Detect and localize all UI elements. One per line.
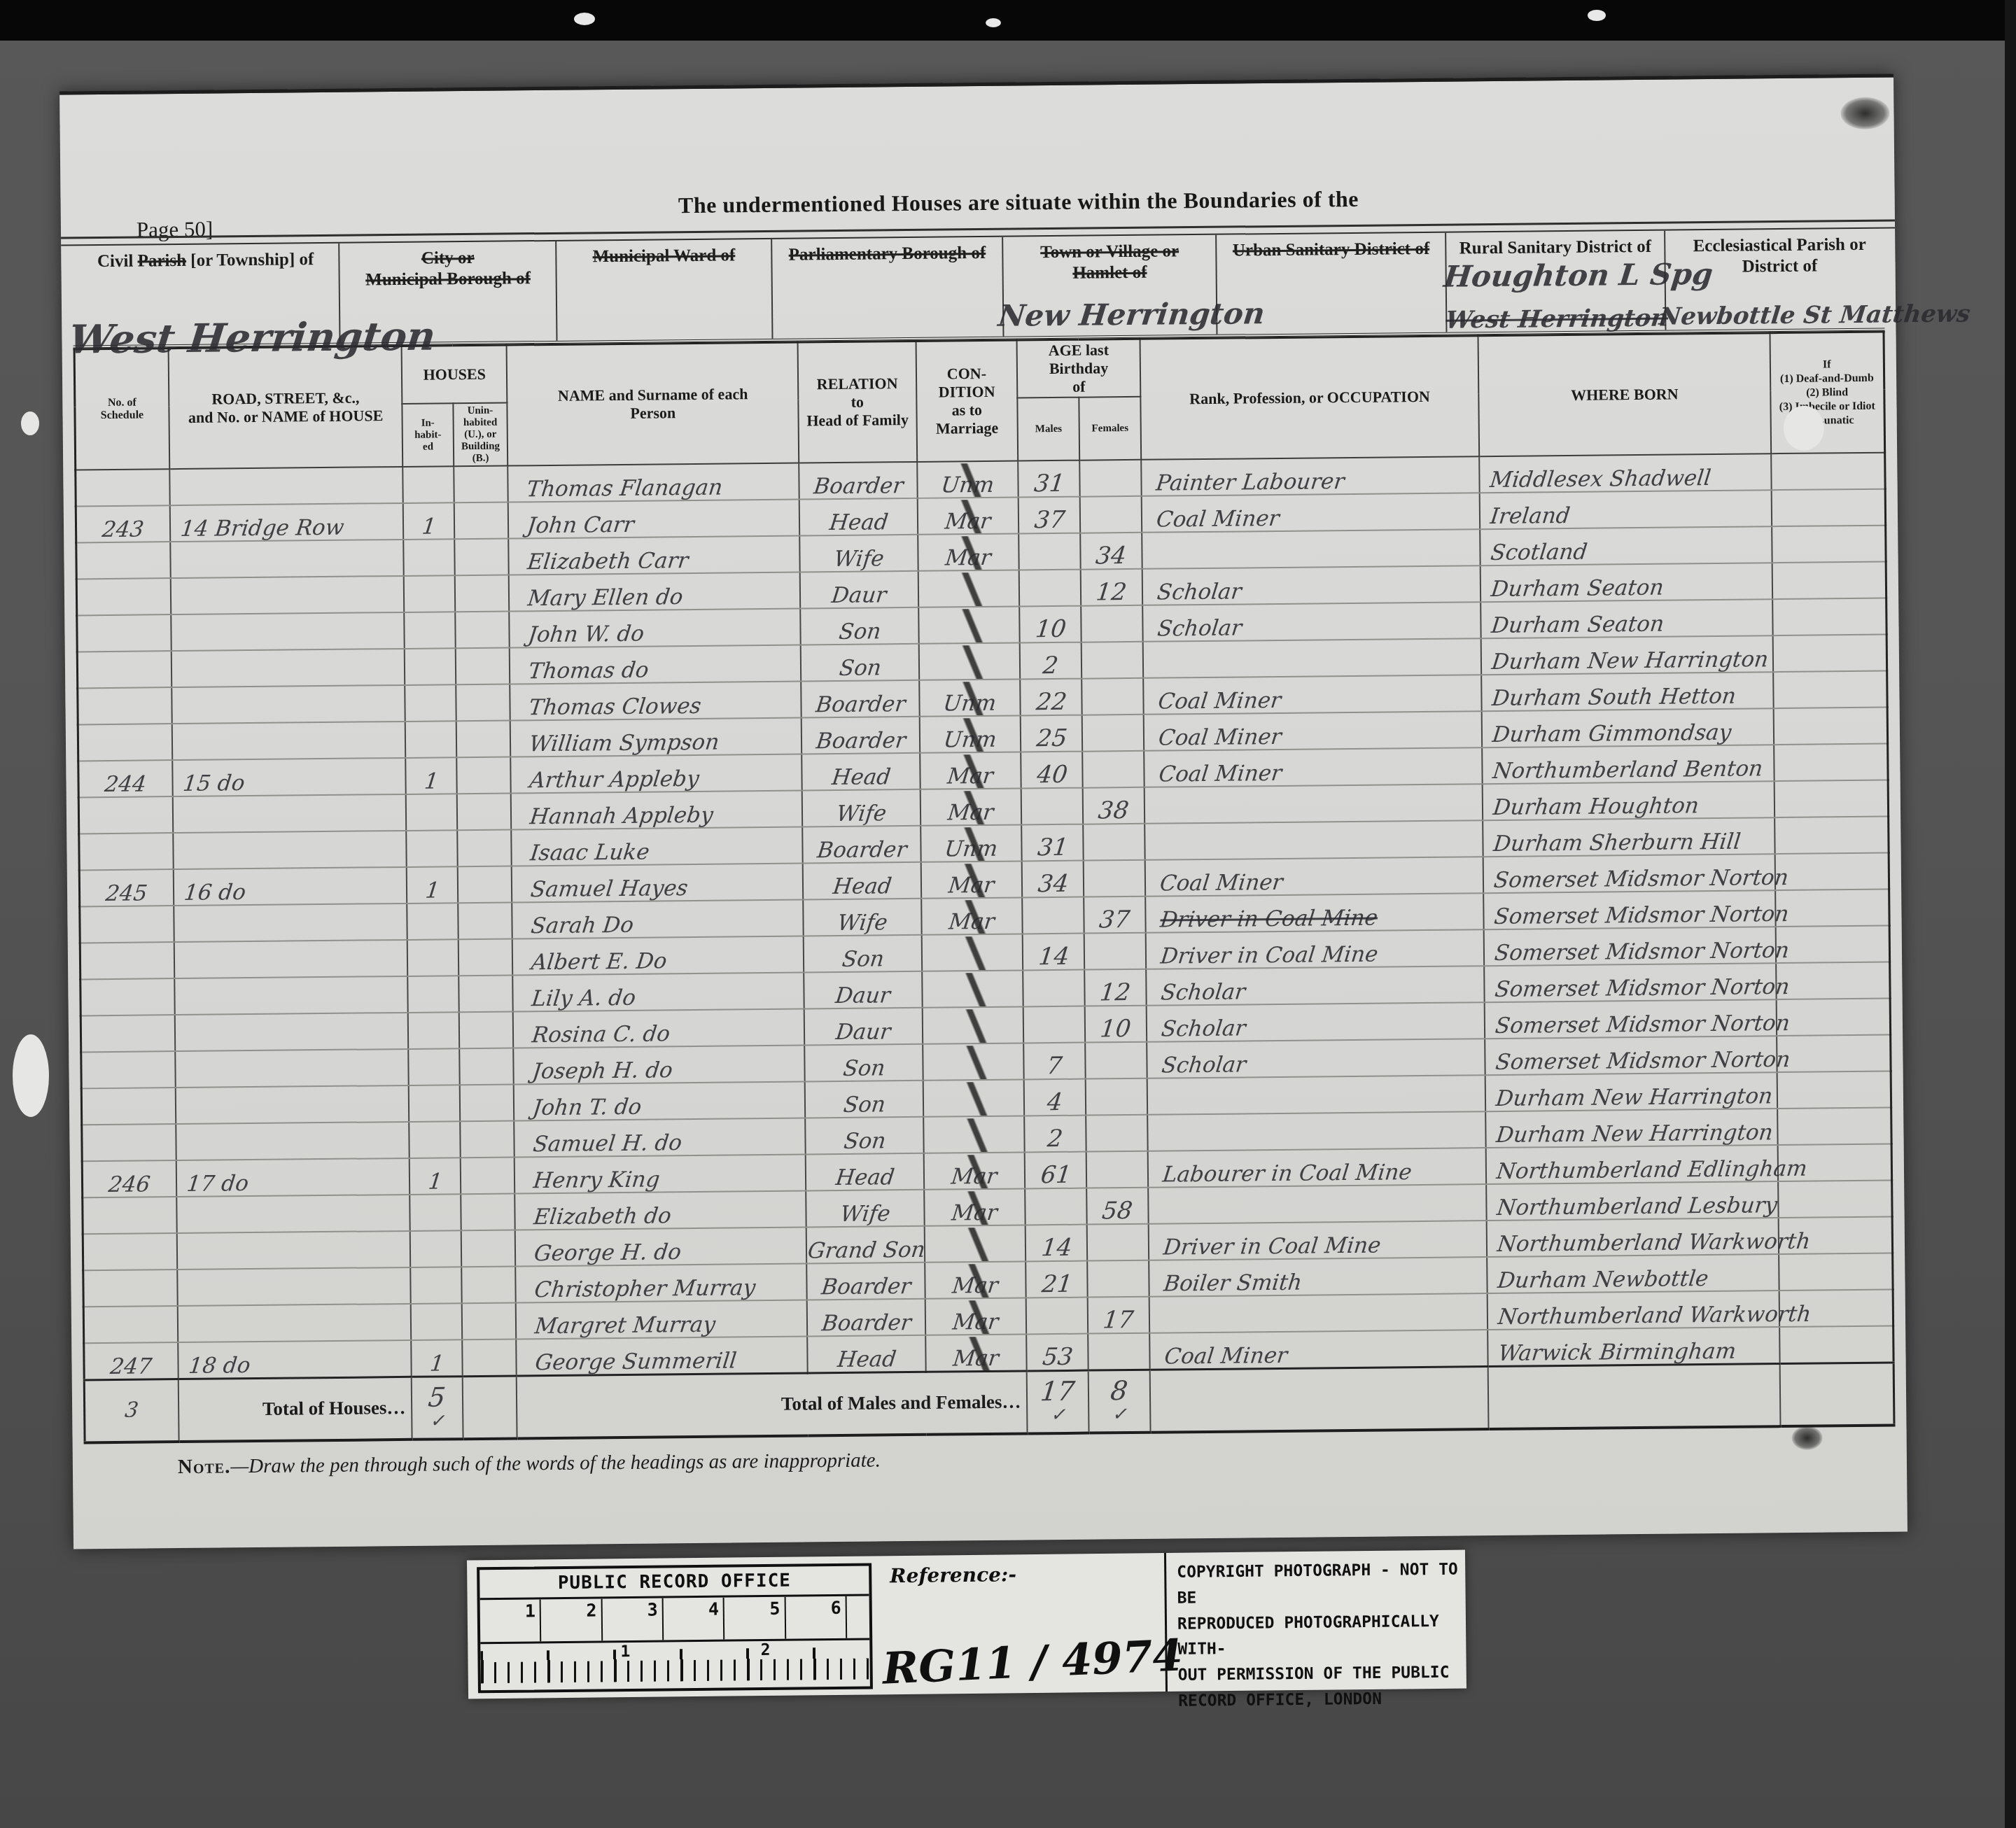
cell-road: 16 do	[174, 867, 407, 906]
cell-m: 14	[1023, 934, 1084, 971]
handwritten-entry: Coal Miner	[1157, 690, 1282, 713]
cell-born: Somerset Midsmor Norton	[1485, 1036, 1777, 1075]
cell-m: 22	[1020, 679, 1081, 716]
handwritten-entry: 17 do	[185, 1173, 249, 1195]
cell-occ	[1144, 820, 1483, 860]
footnote-text: —Draw the pen through such of the words …	[230, 1449, 881, 1477]
cell-f	[1079, 460, 1141, 497]
page-title: The undermentioned Houses are situate wi…	[678, 186, 1359, 218]
handwritten-entry: Driver in Coal Mine	[1159, 944, 1379, 968]
cell-m: 2	[1024, 1116, 1086, 1153]
handwritten-entry: Scotland	[1490, 542, 1588, 564]
handwritten-entry: 1	[424, 880, 440, 901]
cell-road	[169, 467, 403, 505]
cell-occ: Coal Miner	[1144, 711, 1483, 751]
boundary-label: Rural Sanitary District of	[1446, 237, 1664, 260]
cell-occ: Boiler Smith	[1149, 1257, 1487, 1297]
total-houses-value: 5✓	[412, 1376, 463, 1440]
cell-f	[1087, 1224, 1149, 1261]
film-speck	[574, 13, 595, 25]
handwritten-entry: Unm	[944, 838, 999, 861]
handwritten-entry: Coal Miner	[1157, 726, 1282, 750]
cell-inh	[407, 903, 458, 940]
handwritten-entry: Northumberland Edlingham	[1496, 1158, 1809, 1183]
cell-occ	[1148, 1184, 1487, 1224]
cell-cond	[924, 1225, 1025, 1262]
cell-infirm	[1778, 1181, 1892, 1218]
cell-cond	[922, 1006, 1023, 1043]
cell-f	[1088, 1333, 1149, 1370]
copyright-line: COPYRIGHT PHOTOGRAPH - NOT TO BE	[1177, 1557, 1460, 1612]
cell-relation: Boarder	[799, 462, 918, 500]
page-head: Page 50] The undermentioned Houses are s…	[59, 77, 1895, 246]
handwritten-entry: 243	[101, 519, 146, 541]
handwritten-entry: Grand Son	[807, 1239, 927, 1263]
cell-inh: 1	[412, 1340, 463, 1377]
footnote: Note.—Draw the pen through such of the w…	[178, 1439, 1907, 1479]
cell-infirm	[1776, 999, 1890, 1036]
cell-f	[1087, 1260, 1149, 1298]
cell-road	[176, 1195, 410, 1233]
handwritten-entry: 40	[1035, 763, 1068, 787]
pro-title: PUBLIC RECORD OFFICE	[479, 1566, 869, 1594]
handwritten-entry: Head	[834, 1167, 895, 1189]
handwritten-entry: 245	[105, 883, 149, 905]
cell-occ: Scholar	[1146, 966, 1485, 1006]
cell-cond	[923, 1116, 1025, 1153]
handwritten-entry: Scholar	[1156, 617, 1243, 640]
cell-inh	[411, 1303, 462, 1340]
cell-born: Somerset Midsmor Norton	[1484, 927, 1776, 966]
handwritten-entry: 58	[1101, 1199, 1134, 1223]
ruler-minor-ticks	[481, 1658, 870, 1683]
cell-occ	[1144, 784, 1483, 824]
cell-sched	[78, 796, 173, 834]
cell-infirm	[1772, 598, 1886, 636]
cell-relation: Son	[804, 935, 922, 973]
handwritten-entry: George H. do	[533, 1242, 682, 1265]
cell-sched: 243	[76, 505, 170, 542]
cell-sched	[82, 1124, 176, 1161]
handwritten-entry: Unm	[942, 729, 997, 752]
handwritten-entry: Coal Miner	[1155, 508, 1280, 531]
cell-occ: Painter Labourer	[1141, 456, 1480, 496]
cell-name: Samuel H. do	[514, 1118, 806, 1157]
handwritten-entry: 247	[109, 1356, 153, 1378]
cell-born: Northumberland Warkworth	[1487, 1291, 1779, 1330]
cell-cond: Unm	[920, 824, 1022, 862]
ruler-number: 4	[664, 1598, 725, 1640]
cell-m: 10	[1019, 606, 1081, 643]
cell-occ	[1142, 529, 1480, 569]
cell-uninh	[456, 757, 511, 794]
cell-infirm	[1777, 1035, 1891, 1073]
cell-road	[171, 612, 405, 651]
cell-f: 12	[1081, 569, 1142, 606]
cell-m: 4	[1024, 1079, 1086, 1116]
handwritten-entry: 12	[1095, 580, 1128, 604]
cell-road	[172, 722, 406, 760]
cell-born: Durham New Harrington	[1485, 1072, 1777, 1111]
cell-m: 25	[1021, 715, 1082, 752]
cell-cond	[921, 934, 1023, 971]
handwritten-entry: Henry King	[533, 1169, 661, 1192]
cell-relation: Boarder	[803, 826, 921, 864]
cell-road	[175, 1013, 409, 1051]
paper-damage-blob	[1783, 405, 1824, 451]
cell-name: Thomas Flanagan	[508, 463, 800, 502]
cell-inh	[409, 1121, 461, 1158]
cell-infirm	[1772, 526, 1886, 563]
handwritten-entry: Albert E. Do	[531, 950, 668, 973]
cell-infirm	[1776, 962, 1890, 1000]
handwritten-entry: 10	[1099, 1017, 1132, 1041]
cell-uninh	[456, 793, 511, 830]
cell-relation: Son	[801, 644, 919, 682]
handwritten-entry: John Carr	[526, 514, 636, 537]
cell-relation: Head	[808, 1335, 926, 1373]
boundary-header: Civil Parish [or Township] ofWest Herrin…	[72, 229, 1884, 349]
handwritten-entry: Durham New Harrington	[1495, 1122, 1774, 1146]
handwritten-entry: Elizabeth do	[533, 1205, 673, 1228]
cell-f	[1081, 678, 1143, 715]
copyright-notice: COPYRIGHT PHOTOGRAPH - NOT TO BEREPRODUC…	[1177, 1557, 1461, 1715]
cell-name: Margret Murray	[516, 1300, 808, 1339]
handwritten-entry: John W. do	[527, 624, 645, 647]
handwritten-entry: Thomas Clowes	[528, 696, 703, 719]
handwritten-entry: 4	[1046, 1090, 1063, 1114]
handwritten-entry: Boarder	[812, 475, 904, 498]
cell-sched	[78, 687, 172, 724]
cell-cond: Mar	[920, 861, 1022, 898]
cell-uninh	[461, 1266, 516, 1303]
cell-infirm	[1774, 853, 1889, 891]
cell-uninh	[454, 575, 509, 612]
cell-f	[1084, 933, 1146, 970]
handwritten-entry: Samuel H. do	[532, 1132, 683, 1155]
cell-f: 38	[1083, 787, 1144, 824]
cell-born: Durham Newbottle	[1487, 1254, 1779, 1293]
cell-born: Somerset Midsmor Norton	[1485, 999, 1777, 1039]
handwritten-entry: Labourer in Coal Mine	[1161, 1162, 1413, 1186]
cell-m	[1026, 1298, 1088, 1335]
handwritten-entry: Painter Labourer	[1155, 471, 1345, 495]
handwritten-entry: Durham New Harrington	[1491, 649, 1770, 673]
handwritten-entry: Northumberland Warkworth	[1497, 1304, 1813, 1328]
ruler-number: 2	[541, 1598, 603, 1641]
cell-occ	[1147, 1111, 1486, 1151]
cell-f	[1081, 642, 1143, 679]
cell-f	[1086, 1115, 1147, 1152]
handwritten-entry: Mar	[951, 1166, 999, 1188]
cell-sched: 246	[82, 1160, 176, 1197]
handwritten-entry: Northumberland Benton	[1492, 758, 1764, 782]
handwritten-entry: 25	[1035, 726, 1068, 750]
cell-occ: Coal Miner	[1144, 747, 1483, 787]
handwritten-entry: 21	[1040, 1272, 1073, 1296]
cell-relation: Wife	[802, 789, 920, 827]
handwritten-entry: Durham Sherburn Hill	[1492, 831, 1742, 855]
handwritten-entry: Ireland	[1490, 505, 1571, 528]
cell-inh	[410, 1230, 461, 1267]
col-header-females: Females	[1079, 397, 1141, 460]
cell-born: Somerset Midsmor Norton	[1484, 890, 1776, 929]
totals-schedule-note: 3	[84, 1379, 178, 1442]
pro-ruler-box: PUBLIC RECORD OFFICE 123456 1 2	[477, 1563, 873, 1693]
cell-infirm	[1779, 1253, 1893, 1291]
cell-cond: Unm	[919, 715, 1021, 752]
cell-sched	[77, 651, 171, 688]
cell-uninh	[460, 1157, 514, 1194]
cell-f	[1086, 1151, 1148, 1188]
cell-born: Ireland	[1480, 490, 1772, 529]
cell-name: Isaac Luke	[512, 827, 804, 866]
cell-uninh	[458, 1011, 513, 1048]
cell-relation: Head	[799, 498, 918, 536]
handwritten-entry: Durham Houghton	[1492, 795, 1700, 819]
cell-inh	[405, 684, 456, 722]
cell-cond: Mar	[925, 1261, 1026, 1298]
handwritten-entry: Somerset Midsmor Norton	[1494, 940, 1791, 964]
cell-m: 14	[1025, 1225, 1087, 1262]
cell-relation: Son	[805, 1044, 923, 1082]
cell-sched	[80, 906, 174, 943]
cell-m: 31	[1018, 460, 1079, 498]
handwritten-entry: 61	[1039, 1163, 1072, 1187]
cell-infirm	[1775, 926, 1889, 964]
photo-right-border	[2005, 0, 2016, 1828]
cell-m: 34	[1022, 861, 1084, 898]
cell-inh	[411, 1267, 462, 1304]
col-header-schedule: No. of Schedule	[74, 349, 169, 470]
cell-sched: 247	[84, 1342, 178, 1379]
boundary-box-parliamentary-borough: Parliamentary Borough of	[772, 237, 1004, 339]
cell-name: Thomas do	[510, 645, 801, 684]
cell-inh	[410, 1194, 461, 1231]
handwritten-entry: Hannah Appleby	[529, 805, 715, 829]
cell-born: Durham Seaton	[1480, 563, 1772, 602]
cell-road	[178, 1304, 412, 1342]
cell-cond: Mar	[920, 752, 1021, 789]
cell-sched	[80, 942, 174, 979]
cell-sched	[78, 724, 172, 761]
handwritten-entry: Head	[832, 876, 892, 898]
handwritten-entry: 2	[1042, 654, 1059, 677]
handwritten-entry: Mar	[947, 802, 995, 824]
boundary-box-city-municipal-borough: City orMunicipal Borough of	[340, 241, 558, 343]
handwritten-entry: Wife	[839, 1203, 892, 1225]
cell-born: Somerset Midsmor Norton	[1483, 854, 1775, 893]
handwritten-entry: Unm	[940, 474, 995, 497]
cell-infirm	[1777, 1108, 1891, 1146]
cell-m	[1022, 897, 1084, 934]
copyright-line: REPRODUCED PHOTOGRAPHICALLY WITH-	[1177, 1608, 1461, 1663]
cell-occ: Coal Miner	[1145, 857, 1484, 897]
cell-inh	[408, 976, 459, 1013]
handwritten-entry: 14 Bridge Row	[179, 517, 345, 540]
cell-name: John T. do	[514, 1081, 806, 1120]
boundary-label: Ecclesiastical Parish orDistrict of	[1665, 234, 1894, 278]
handwritten-entry: Sarah Do	[530, 915, 635, 937]
cell-name: William Sympson	[510, 717, 802, 757]
handwritten-entry: Thomas Flanagan	[526, 477, 724, 501]
cell-inh	[408, 1012, 459, 1049]
ruler-number: 3	[602, 1598, 664, 1641]
cell-f	[1080, 496, 1142, 533]
cell-infirm	[1771, 489, 1885, 527]
cell-road	[173, 831, 407, 869]
cell-f: 12	[1084, 969, 1146, 1006]
cell-occ: Scholar	[1142, 565, 1481, 605]
handwritten-entry: Samuel Hayes	[530, 878, 689, 901]
cell-inh	[407, 939, 458, 976]
handwritten-entry: Elizabeth Carr	[526, 550, 689, 573]
boundary-value-struck-handwritten: West Herrington	[1444, 304, 1669, 335]
cell-infirm	[1771, 453, 1885, 491]
cell-born: Northumberland Lesbury	[1487, 1181, 1779, 1221]
cell-road	[174, 940, 408, 978]
cell-occ: Driver in Coal Mine	[1145, 893, 1484, 933]
handwritten-entry: 38	[1097, 799, 1130, 822]
cell-m: 37	[1018, 497, 1080, 534]
handwritten-entry: Daur	[834, 985, 892, 1007]
handwritten-entry: Head	[828, 512, 889, 534]
col-header-name: NAME and Surname of each Person	[507, 342, 799, 465]
cell-occ: Labourer in Coal Mine	[1148, 1148, 1487, 1188]
handwritten-entry: 18 do	[188, 1355, 251, 1377]
cell-m: 7	[1023, 1043, 1085, 1080]
cell-road	[176, 1122, 409, 1160]
cell-infirm	[1777, 1071, 1891, 1109]
cell-name: Arthur Appleby	[511, 754, 803, 793]
cell-f: 10	[1085, 1006, 1147, 1043]
cell-infirm	[1772, 562, 1886, 600]
cell-cond: Mar	[923, 1152, 1025, 1189]
col-header-occupation: Rank, Profession, or OCCUPATION	[1140, 336, 1480, 460]
cell-road	[170, 540, 404, 578]
cell-cond: Mar	[924, 1188, 1025, 1225]
ruler-fine-scale: 1 2	[480, 1638, 870, 1683]
handwritten-entry: Head	[830, 766, 891, 789]
film-speck	[1588, 10, 1606, 21]
handwritten-entry: 2	[1046, 1127, 1064, 1151]
handwritten-entry: 7	[1046, 1054, 1063, 1078]
handwritten-entry: Son	[842, 1130, 886, 1153]
cell-name: George Summerill	[517, 1336, 808, 1375]
handwritten-entry: Northumberland Warkworth	[1497, 1231, 1812, 1256]
cell-relation: Boarder	[807, 1263, 925, 1300]
cell-cond	[923, 1043, 1024, 1080]
cell-sched	[80, 1015, 175, 1052]
cell-inh: 1	[407, 866, 458, 904]
handwritten-entry: 16 do	[183, 882, 246, 904]
cell-uninh	[455, 611, 510, 648]
copyright-line: RECORD OFFICE, LONDON	[1178, 1686, 1461, 1715]
paper-damage-blob	[21, 412, 39, 435]
cell-uninh	[461, 1193, 515, 1230]
cell-relation: Head	[806, 1153, 924, 1191]
col-header-road: ROAD, STREET, &c., and No. or NAME of HO…	[168, 346, 402, 469]
boundary-value-handwritten: Newbottle St Matthews	[1658, 300, 1972, 332]
cell-infirm	[1773, 708, 1887, 745]
cell-m	[1021, 788, 1083, 825]
handwritten-entry: 10	[1034, 617, 1067, 641]
cell-inh	[409, 1048, 460, 1085]
boundary-box-ecclesiastical-parish: Ecclesiastical Parish orDistrict ofNewbo…	[1665, 228, 1894, 330]
handwritten-entry: Christopher Murray	[533, 1277, 757, 1301]
cell-sched	[76, 542, 171, 579]
cell-cond: Mar	[925, 1334, 1027, 1371]
col-header-houses-group: HOUSES	[402, 345, 507, 404]
handwritten-entry: Boarder	[820, 1312, 912, 1335]
footnote-label: Note.	[178, 1455, 231, 1478]
handwritten-entry: Mar	[944, 511, 993, 533]
handwritten-entry: Daur	[835, 1021, 892, 1043]
cell-name: Samuel Hayes	[512, 863, 804, 902]
handwritten-entry: Son	[841, 1057, 885, 1080]
handwritten-entry: 14	[1037, 945, 1070, 969]
cell-road	[177, 1231, 411, 1270]
handwritten-entry: Scholar	[1160, 981, 1247, 1004]
boundary-label: Municipal Ward of	[557, 245, 771, 268]
cell-sched	[81, 1088, 176, 1125]
cell-name: George H. do	[515, 1227, 807, 1266]
cell-inh	[405, 648, 456, 685]
cell-occ	[1149, 1293, 1488, 1333]
reference-value: RG11 / 4974	[881, 1629, 1184, 1694]
cell-relation: Boarder	[801, 680, 920, 718]
handwritten-entry: Coal Miner	[1158, 763, 1283, 786]
cell-name: John W. do	[510, 608, 801, 647]
cell-cond: Mar	[920, 788, 1021, 825]
paper-damage-blob	[13, 1034, 49, 1117]
cell-sched: 245	[79, 869, 174, 906]
photo-top-border	[0, 0, 2016, 41]
reference-area: Reference:- RG11 / 4974	[877, 1553, 1158, 1694]
cell-cond	[923, 1079, 1024, 1116]
cell-m: 21	[1025, 1261, 1087, 1298]
empty-cell	[1779, 1363, 1894, 1427]
handwritten-entry: Daur	[831, 584, 888, 607]
cell-infirm	[1772, 635, 1886, 673]
infirmity-line: (2) Blind	[1772, 386, 1882, 401]
cell-relation: Wife	[800, 535, 918, 572]
handwritten-entry: 12	[1099, 980, 1132, 1004]
handwritten-entry: William Sympson	[528, 732, 721, 756]
handwritten-entry: Scholar	[1161, 1054, 1247, 1076]
handwritten-entry: Son	[842, 1094, 886, 1116]
film-speck	[986, 18, 1001, 27]
cell-occ: Scholar	[1147, 1039, 1485, 1078]
cell-m	[1025, 1188, 1086, 1225]
cell-cond	[922, 970, 1023, 1007]
cell-uninh	[461, 1302, 516, 1340]
handwritten-entry: 31	[1036, 836, 1069, 859]
handwritten-entry: Somerset Midsmor Norton	[1494, 976, 1791, 1001]
cell-infirm	[1774, 744, 1888, 782]
handwritten-entry: Somerset Midsmor Norton	[1493, 867, 1790, 892]
reference-label: Reference:-	[890, 1563, 1016, 1587]
cell-road	[174, 976, 408, 1015]
cell-sched	[83, 1197, 177, 1234]
handwritten-entry: Warwick Birmingham	[1497, 1340, 1737, 1364]
handwritten-entry: Lily A. do	[531, 987, 637, 1010]
cell-relation: Son	[805, 1081, 923, 1118]
cell-born: Warwick Birmingham	[1488, 1327, 1780, 1366]
cell-occ: Scholar	[1147, 1002, 1485, 1042]
boundary-label: Town or Village orHamlet of	[1004, 241, 1216, 285]
total-males-females-label: Total of Males and Females…	[517, 1370, 1028, 1438]
